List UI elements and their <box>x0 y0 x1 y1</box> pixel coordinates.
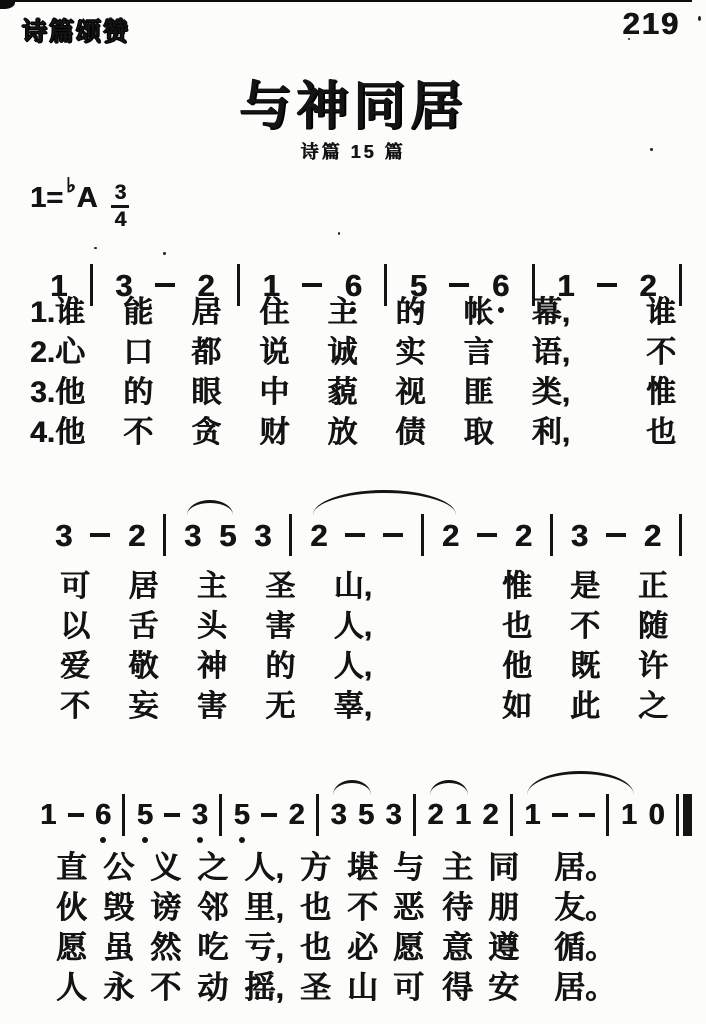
lyric-char: 能 <box>123 298 153 328</box>
note-0: 0 <box>648 792 664 838</box>
lyric-char: 待 <box>442 892 473 923</box>
note-3: 3 <box>192 792 208 838</box>
note-2: 2 <box>427 792 443 838</box>
duration-dash <box>606 512 626 558</box>
lyric-group: 可居主圣山, <box>60 572 372 602</box>
note-3: 3 <box>571 512 588 558</box>
lyric-row: 1.谁能居住主的帐幕,谁 <box>30 298 676 338</box>
lyric-char: 敬 <box>128 652 158 682</box>
lyric-char: 亏, <box>244 932 284 963</box>
slur-arc <box>187 500 233 515</box>
tie-arc <box>527 771 634 795</box>
lyric-char: 居。 <box>554 972 616 1003</box>
low-octave-dot <box>100 837 106 843</box>
lyric-char: 惟 <box>502 572 532 602</box>
lyric-char: 爱 <box>60 652 90 682</box>
lyric-row: 2.心口都说诚实言语,不 <box>30 338 676 378</box>
lyric-char: 都 <box>191 338 221 368</box>
lyric-char: 朋 <box>488 892 519 923</box>
lyric-group: 安居。 <box>488 972 616 1003</box>
lyric-char: 堪 <box>347 852 378 883</box>
lyric-char: 山 <box>347 972 378 1003</box>
lyric-char: 言 <box>464 338 494 368</box>
lyrics-stanza-1: 1.谁能居住主的帐幕,谁2.心口都说诚实言语,不3.他的眼中藐视匪类,惟4.他不… <box>30 298 676 458</box>
lyric-char: 2.心 <box>30 338 85 368</box>
lyric-char: 放 <box>327 418 357 448</box>
lyric-group: 同居。 <box>488 852 616 883</box>
lyric-group: 遵循。 <box>488 932 616 963</box>
page-number: 219 <box>622 6 680 42</box>
hymn-title: 与神同居 <box>0 64 706 139</box>
barline <box>219 792 222 838</box>
lyric-group: 爱敬神的人, <box>60 652 372 682</box>
music-line-2: 3235322232 <box>55 486 682 558</box>
note-2: 2 <box>515 512 532 558</box>
lyric-row: 伙毁谤邻里,也不恶待朋友。 <box>56 892 616 932</box>
lyric-char: 人, <box>334 612 372 642</box>
note-3: 3 <box>55 512 72 558</box>
lyrics-stanza-3: 直公义之人,方堪与主同居。伙毁谤邻里,也不恶待朋友。愿虽然吃亏,也必愿意遵循。人… <box>56 852 616 1012</box>
lyric-char: 住 <box>259 298 289 328</box>
meter-numerator: 3 <box>111 182 129 208</box>
tonic-prefix: 1= <box>30 182 63 215</box>
scan-artifact-corner <box>0 0 15 9</box>
low-octave-dot <box>197 837 203 843</box>
music-token-row: 165352353212110 <box>40 792 692 838</box>
lyric-char: 头 <box>197 612 227 642</box>
lyric-char: 如 <box>502 692 532 722</box>
lyric-char: 辜, <box>334 692 372 722</box>
lyric-char: 口 <box>123 338 153 368</box>
tonic-letter: A <box>77 182 98 215</box>
lyric-char: 取 <box>464 418 494 448</box>
barline <box>421 512 424 558</box>
note-5: 5 <box>358 792 374 838</box>
barline <box>289 512 292 558</box>
lyric-char: 利, <box>532 418 570 448</box>
time-signature: 3 4 <box>111 182 129 231</box>
lyric-char: 吃 <box>197 932 228 963</box>
series-label: 诗篇颂赞 <box>22 12 130 48</box>
lyric-char: 神 <box>197 652 227 682</box>
lyric-char: 眼 <box>191 378 221 408</box>
barline <box>606 792 609 838</box>
lyric-char: 帐 <box>464 298 494 328</box>
lyric-group: 人永不动摇,圣山 <box>56 972 378 1003</box>
lyric-char: 不 <box>150 972 181 1003</box>
lyric-char: 然 <box>150 932 181 963</box>
flat-accidental-icon: ♭ <box>66 173 75 198</box>
note-3: 3 <box>254 512 271 558</box>
lyric-char: 的 <box>395 298 425 328</box>
duration-dash <box>261 792 277 838</box>
lyric-char: 类, <box>532 378 570 408</box>
note-1: 1 <box>40 792 56 838</box>
lyric-row: 4.他不贪财放债取利,也 <box>30 418 676 458</box>
lyric-char: 居 <box>191 298 221 328</box>
key-signature: 1=♭A 3 4 <box>30 182 129 231</box>
hymn-sheet-page: 诗篇颂赞 219 与神同居 诗篇 15 篇 1=♭A 3 4 132165612… <box>0 0 706 1024</box>
lyric-group: 与主 <box>393 852 473 883</box>
lyric-char: 是 <box>570 572 600 602</box>
duration-dash <box>579 792 595 838</box>
duration-dash <box>345 512 365 558</box>
lyric-group: 不妄害无辜, <box>60 692 372 722</box>
lyric-char: 舌 <box>128 612 158 642</box>
lyric-char: 实 <box>395 338 425 368</box>
lyric-char: 直 <box>56 852 87 883</box>
lyric-char: 随 <box>638 612 668 642</box>
duration-dash <box>552 792 568 838</box>
lyric-char: 主 <box>442 852 473 883</box>
lyric-char: 永 <box>103 972 134 1003</box>
lyric-char: 方 <box>300 852 331 883</box>
lyric-char: 居 <box>128 572 158 602</box>
barline <box>163 512 166 558</box>
slur-arc <box>430 780 468 795</box>
note-2: 2 <box>128 512 145 558</box>
scripture-reference: 诗篇 15 篇 <box>0 138 706 164</box>
lyric-char: 主 <box>327 298 357 328</box>
lyric-char: 遵 <box>488 932 519 963</box>
lyric-char: 可 <box>60 572 90 602</box>
lyric-group: 1.谁能居住主的帐幕, <box>30 298 570 328</box>
lyric-char: 财 <box>259 418 289 448</box>
note-5: 5 <box>219 512 236 558</box>
lyric-char: 此 <box>570 692 600 722</box>
lyric-group: 他既许 <box>502 652 668 682</box>
lyric-char: 同 <box>488 852 519 883</box>
lyric-char: 圣 <box>265 572 295 602</box>
lyric-char: 不 <box>570 612 600 642</box>
low-octave-dot <box>239 837 245 843</box>
lyric-group: 直公义之人,方堪 <box>56 852 378 883</box>
duration-dash <box>90 512 110 558</box>
barline <box>550 512 553 558</box>
barline <box>316 792 319 838</box>
lyric-char: 也 <box>300 892 331 923</box>
lyric-char: 愿 <box>56 932 87 963</box>
duration-dash <box>383 512 403 558</box>
lyric-char: 安 <box>488 972 519 1003</box>
scan-speck <box>338 232 340 235</box>
lyric-char: 谤 <box>150 892 181 923</box>
lyric-char: 不 <box>60 692 90 722</box>
scan-speck <box>698 16 701 21</box>
lyric-group: 伙毁谤邻里,也不 <box>56 892 378 923</box>
lyric-char: 摇, <box>244 972 284 1003</box>
note-2: 2 <box>442 512 459 558</box>
note-1: 1 <box>621 792 637 838</box>
lyric-row: 以舌头害人,也不随 <box>60 612 668 652</box>
duration-dash <box>477 512 497 558</box>
lyric-char: 匪 <box>464 378 494 408</box>
lyric-char: 得 <box>442 972 473 1003</box>
lyric-char: 公 <box>103 852 134 883</box>
lyric-char: 也 <box>646 418 676 448</box>
lyric-char: 友。 <box>554 892 616 923</box>
lyric-char: 人, <box>334 652 372 682</box>
barline <box>122 792 125 838</box>
lyric-char: 里, <box>244 892 284 923</box>
lyric-group: 愿意 <box>393 932 473 963</box>
lyric-char: 意 <box>442 932 473 963</box>
lyric-row: 3.他的眼中藐视匪类,惟 <box>30 378 676 418</box>
note-3: 3 <box>184 512 201 558</box>
lyric-char: 诚 <box>327 338 357 368</box>
lyric-char: 妄 <box>128 692 158 722</box>
duration-dash <box>68 792 84 838</box>
lyric-char: 贪 <box>191 418 221 448</box>
lyric-char: 视 <box>395 378 425 408</box>
lyric-char: 不 <box>123 418 153 448</box>
lyric-char: 也 <box>502 612 532 642</box>
lyric-char: 与 <box>393 852 424 883</box>
barline <box>679 512 682 558</box>
lyric-row: 愿虽然吃亏,也必愿意遵循。 <box>56 932 616 972</box>
lyric-char: 不 <box>347 892 378 923</box>
lyric-char: 债 <box>395 418 425 448</box>
lyric-group: 朋友。 <box>488 892 616 923</box>
lyric-group: 以舌头害人, <box>60 612 372 642</box>
lyric-char: 伙 <box>56 892 87 923</box>
lyric-row: 直公义之人,方堪与主同居。 <box>56 852 616 892</box>
lyric-char: 藐 <box>327 378 357 408</box>
lyric-char: 害 <box>265 612 295 642</box>
note-1: 1 <box>524 792 540 838</box>
barline <box>413 792 416 838</box>
lyric-char: 邻 <box>197 892 228 923</box>
lyric-char: 循。 <box>554 932 616 963</box>
lyric-char: 说 <box>259 338 289 368</box>
lyric-char: 之 <box>197 852 228 883</box>
note-5: 5 <box>137 792 153 838</box>
lyric-row: 不妄害无辜,如此之 <box>60 692 668 732</box>
note-3: 3 <box>330 792 346 838</box>
lyric-char: 3.他 <box>30 378 85 408</box>
lyric-row: 可居主圣山,惟是正 <box>60 572 668 612</box>
lyric-char: 的 <box>265 652 295 682</box>
lyric-char: 的 <box>123 378 153 408</box>
note-3: 3 <box>385 792 401 838</box>
lyric-char: 他 <box>502 652 532 682</box>
lyric-char: 人, <box>244 852 284 883</box>
lyric-char: 愿 <box>393 932 424 963</box>
barline <box>510 792 513 838</box>
lyric-group: 4.他不贪财放债取利, <box>30 418 570 448</box>
music-line-3: 165352353212110 <box>40 766 692 838</box>
lyric-char: 以 <box>60 612 90 642</box>
lyric-char: 也 <box>300 932 331 963</box>
note-6: 6 <box>95 792 111 838</box>
lyric-group: 可得 <box>393 972 473 1003</box>
lyric-char: 许 <box>638 652 668 682</box>
lyric-char: 山, <box>334 572 372 602</box>
lyric-char: 不 <box>646 338 676 368</box>
lyric-group: 3.他的眼中藐视匪类, <box>30 378 570 408</box>
lyric-char: 惟 <box>646 378 676 408</box>
lyric-char: 圣 <box>300 972 331 1003</box>
lyric-char: 既 <box>570 652 600 682</box>
lyric-char: 可 <box>393 972 424 1003</box>
lyric-char: 动 <box>197 972 228 1003</box>
slur-arc <box>333 780 371 795</box>
barline <box>679 262 682 308</box>
lyric-char: 无 <box>265 692 295 722</box>
note-2: 2 <box>644 512 661 558</box>
lyric-char: 人 <box>56 972 87 1003</box>
lyric-row: 爱敬神的人,他既许 <box>60 652 668 692</box>
lyric-char: 幕, <box>532 298 570 328</box>
lyric-row: 人永不动摇,圣山可得安居。 <box>56 972 616 1012</box>
lyric-char: 正 <box>638 572 668 602</box>
final-double-barline <box>676 792 692 838</box>
note-2: 2 <box>310 512 327 558</box>
lyric-char: 恶 <box>393 892 424 923</box>
lyric-char: 居。 <box>554 852 616 883</box>
lyric-group: 愿虽然吃亏,也必 <box>56 932 378 963</box>
lyric-char: 害 <box>197 692 227 722</box>
lyric-char: 之 <box>638 692 668 722</box>
lyric-char: 1.谁 <box>30 298 85 328</box>
lyric-group: 如此之 <box>502 692 668 722</box>
lyric-char: 毁 <box>103 892 134 923</box>
lyric-group: 也不随 <box>502 612 668 642</box>
tie-arc <box>313 490 456 515</box>
lyric-char: 虽 <box>103 932 134 963</box>
lyric-char: 必 <box>347 932 378 963</box>
lyric-char: 4.他 <box>30 418 85 448</box>
meter-denominator: 4 <box>114 208 126 231</box>
lyric-char: 中 <box>259 378 289 408</box>
note-2: 2 <box>482 792 498 838</box>
lyric-group: 2.心口都说诚实言语, <box>30 338 570 368</box>
lyric-group: 惟是正 <box>502 572 668 602</box>
scan-artifact-top-edge <box>0 0 692 2</box>
music-token-row: 3235322232 <box>55 512 682 558</box>
lyric-char: 语, <box>532 338 570 368</box>
low-octave-dot <box>142 837 148 843</box>
duration-dash <box>164 792 180 838</box>
note-2: 2 <box>288 792 304 838</box>
lyric-char: 主 <box>197 572 227 602</box>
note-1: 1 <box>455 792 471 838</box>
lyric-char: 谁 <box>646 298 676 328</box>
lyric-char: 义 <box>150 852 181 883</box>
lyrics-stanza-2: 可居主圣山,惟是正以舌头害人,也不随爱敬神的人,他既许不妄害无辜,如此之 <box>60 572 668 732</box>
lyric-group: 恶待 <box>393 892 473 923</box>
note-5: 5 <box>234 792 250 838</box>
